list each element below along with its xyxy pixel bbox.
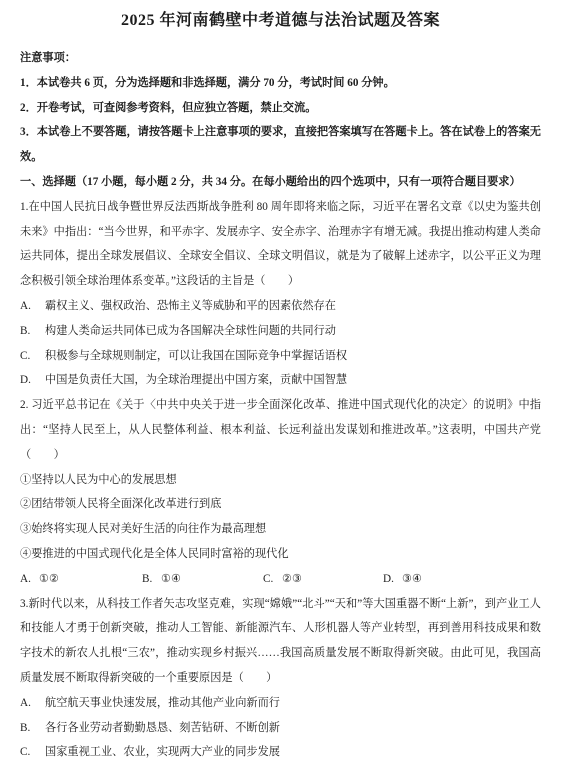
question-3-option-b: B.各行各业劳动者勤勤恳恳、刻苦钻研、不断创新 [20,716,541,741]
question-2-option-c: C.②③ [263,567,383,592]
question-2-statement-2: ②团结带领人民将全面深化改革进行到底 [20,492,541,517]
option-text: ①④ [161,573,181,585]
question-3-option-c: C.国家重视工业、农业，实现两大产业的同步发展 [20,740,541,765]
question-3-stem: 3.新时代以来，从科技工作者矢志攻坚克难，实现“嫦娥”“北斗”“天和”等大国重器… [20,592,541,691]
option-text: ③④ [402,573,422,585]
option-text: 中国是负责任大国，为全球治理提出中国方案，贡献中国智慧 [45,374,347,386]
notice-item-2: 2．开卷考试，可查阅参考资料，但应独立答题，禁止交流。 [20,96,541,121]
question-2-statement-3: ③始终将实现人民对美好生活的向往作为最高理想 [20,517,541,542]
option-text: 构建人类命运共同体已成为各国解决全球性问题的共同行动 [45,325,336,337]
question-2-option-b: B.①④ [142,567,263,592]
option-label: D. [383,567,402,592]
option-text: ①② [39,573,59,585]
option-label: C. [20,740,45,765]
notice-item-1: 1．本试卷共 6 页，分为选择题和非选择题，满分 70 分，考试时间 60 分钟… [20,71,541,96]
option-label: B. [20,319,45,344]
option-text: ②③ [282,573,302,585]
notice-heading: 注意事项： [20,46,541,71]
question-1-option-d: D.中国是负责任大国，为全球治理提出中国方案，贡献中国智慧 [20,368,541,393]
question-2-statement-4: ④要推进的中国式现代化是全体人民同时富裕的现代化 [20,542,541,567]
option-label: C. [263,567,282,592]
option-label: A. [20,567,39,592]
option-label: A. [20,294,45,319]
question-3-option-a: A.航空航天事业快速发展，推动其他产业向新而行 [20,691,541,716]
option-label: A. [20,691,45,716]
question-1-option-b: B.构建人类命运共同体已成为各国解决全球性问题的共同行动 [20,319,541,344]
option-label: C. [20,344,45,369]
exam-document-page: 2025 年河南鹤壁中考道德与法治试题及答案 注意事项： 1．本试卷共 6 页，… [0,0,561,768]
option-text: 国家重视工业、农业，实现两大产业的同步发展 [45,746,280,758]
question-1-stem: 1.在中国人民抗日战争暨世界反法西斯战争胜利 80 周年即将来临之际，习近平在署… [20,195,541,294]
option-label: B. [142,567,161,592]
option-text: 积极参与全球规则制定，可以让我国在国际竞争中掌握话语权 [45,350,347,362]
option-label: B. [20,716,45,741]
section-header: 一、选择题（17 小题，每小题 2 分，共 34 分。在每小题给出的四个选项中，… [20,170,541,195]
question-1-option-c: C.积极参与全球规则制定，可以让我国在国际竞争中掌握话语权 [20,344,541,369]
question-2-option-d: D.③④ [383,567,422,592]
option-text: 各行各业劳动者勤勤恳恳、刻苦钻研、不断创新 [45,722,280,734]
option-label: D. [20,368,45,393]
question-2-statement-1: ①坚持以人民为中心的发展思想 [20,468,541,493]
question-2-option-a: A.①② [20,567,142,592]
option-text: 航空航天事业快速发展，推动其他产业向新而行 [45,697,280,709]
question-2-stem: 2. 习近平总书记在《关于〈中共中央关于进一步全面深化改革、推进中国式现代化的决… [20,393,541,467]
question-1-option-a: A.霸权主义、强权政治、恐怖主义等威胁和平的因素依然存在 [20,294,541,319]
page-title: 2025 年河南鹤壁中考道德与法治试题及答案 [20,10,541,32]
question-2-options-row: A.①②B.①④C.②③D.③④ [20,567,541,592]
option-text: 霸权主义、强权政治、恐怖主义等威胁和平的因素依然存在 [45,300,336,312]
notice-item-3: 3．本试卷上不要答题，请按答题卡上注意事项的要求，直接把答案填写在答题卡上。答在… [20,120,541,170]
